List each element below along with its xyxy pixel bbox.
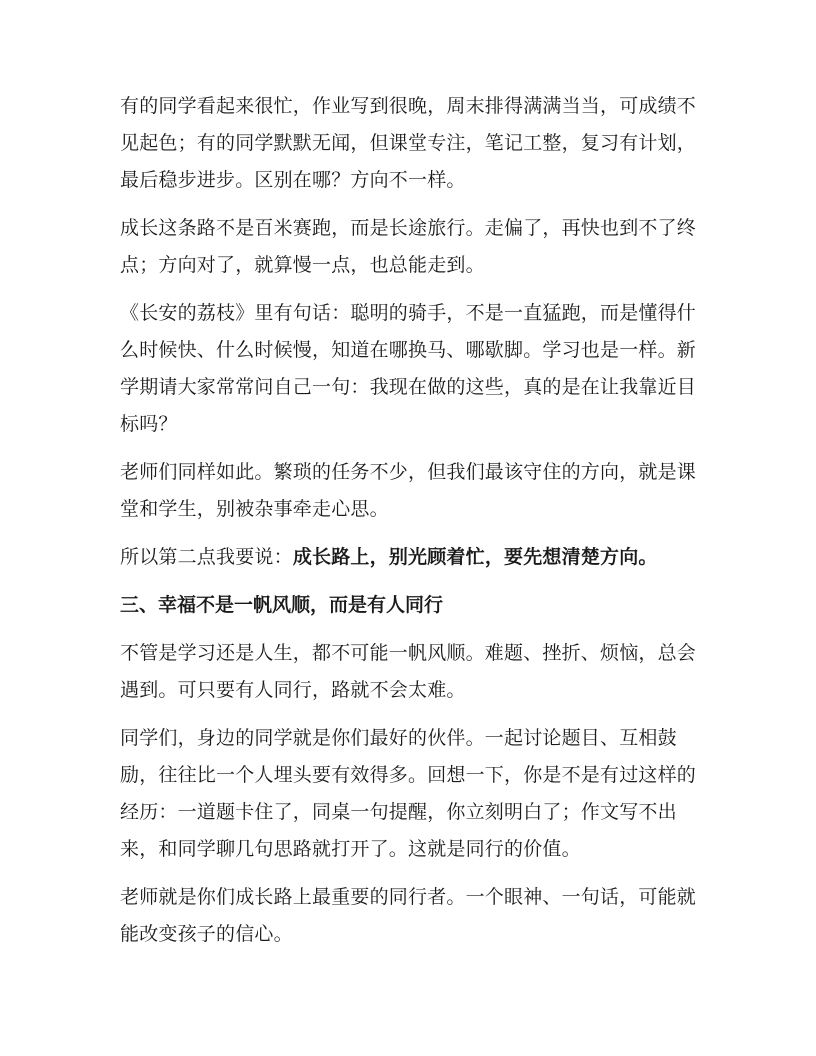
paragraph-second-point: 所以第二点我要说：成长路上，别光顾着忙，要先想清楚方向。: [120, 539, 700, 576]
paragraph-not-smooth: 不管是学习还是人生，都不可能一帆风顺。难题、挫折、烦恼，总会遇到。可只要有人同行…: [120, 635, 700, 709]
paragraph-classmates-partners: 同学们，身边的同学就是你们最好的伙伴。一起讨论题目、互相鼓励，往往比一个人埋头要…: [120, 720, 700, 868]
paragraph-busy-vs-direction: 有的同学看起来很忙，作业写到很晚，周末排得满满当当，可成绩不见起色；有的同学默默…: [120, 88, 700, 199]
second-point-prefix: 所以第二点我要说：: [120, 546, 293, 568]
paragraph-teachers-companions: 老师就是你们成长路上最重要的同行者。一个眼神、一句话，可能就能改变孩子的信心。: [120, 879, 700, 953]
section-heading-three: 三、幸福不是一帆风顺，而是有人同行: [120, 587, 700, 624]
document-page: 有的同学看起来很忙，作业写到很晚，周末排得满满当当，可成绩不见起色；有的同学默默…: [120, 88, 700, 964]
paragraph-teachers-direction: 老师们同样如此。繁琐的任务不少，但我们最该守住的方向，就是课堂和学生，别被杂事牵…: [120, 454, 700, 528]
paragraph-long-journey: 成长这条路不是百米赛跑，而是长途旅行。走偏了，再快也到不了终点；方向对了，就算慢…: [120, 210, 700, 284]
second-point-emphasis: 成长路上，别光顾着忙，要先想清楚方向。: [293, 546, 658, 568]
paragraph-lychee-quote: 《长安的荔枝》里有句话：聪明的骑手，不是一直猛跑，而是懂得什么时候快、什么时候慢…: [120, 295, 700, 443]
